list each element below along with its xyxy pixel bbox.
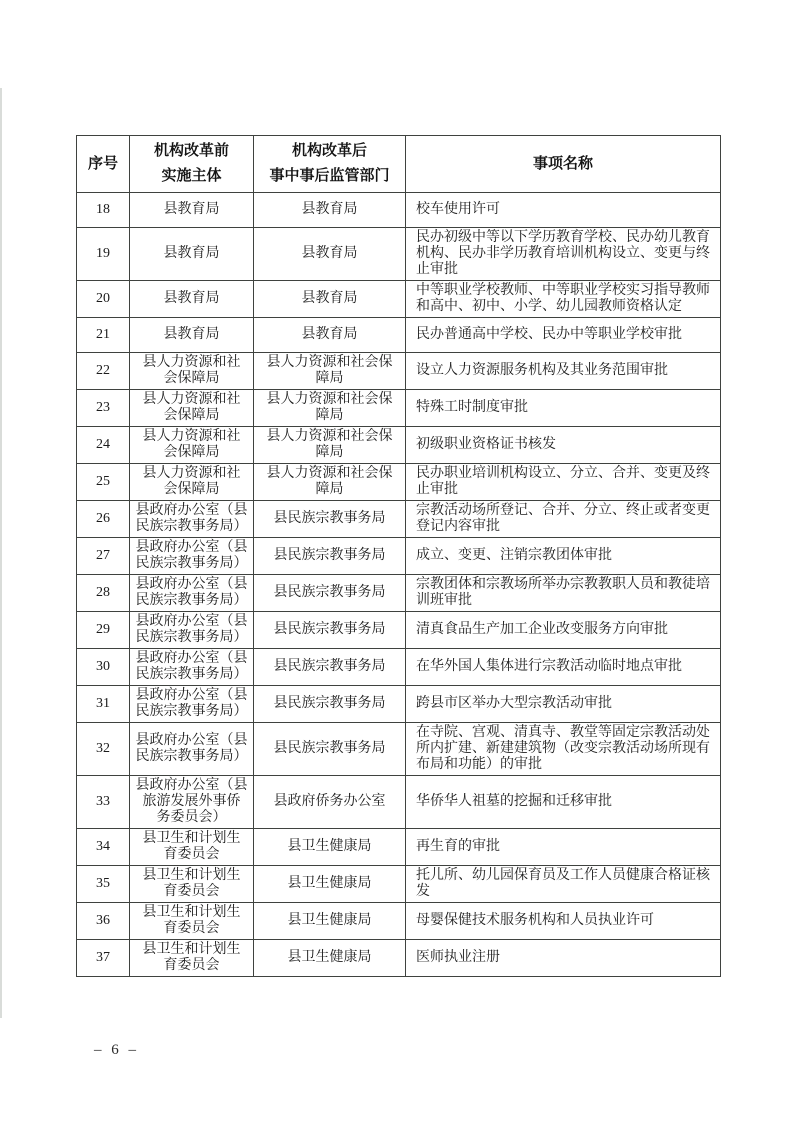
cell-item: 在华外国人集体进行宗教活动临时地点审批 [406, 649, 721, 686]
table-row: 21县教育局县教育局民办普通高中学校、民办中等职业学校审批 [77, 318, 721, 353]
cell-after: 县教育局 [254, 228, 406, 281]
cell-no: 34 [77, 829, 130, 866]
document-page: 序号 机构改革前 实施主体 机构改革后 事中事后监管部门 事项名称 18县教育局… [0, 0, 793, 1121]
cell-before: 县卫生和计划生 育委员会 [130, 829, 254, 866]
cell-no: 27 [77, 538, 130, 575]
cell-item: 医师执业注册 [406, 940, 721, 977]
column-header-before-reform: 机构改革前 实施主体 [130, 136, 254, 193]
cell-no: 33 [77, 776, 130, 829]
cell-item: 母婴保健技术服务机构和人员执业许可 [406, 903, 721, 940]
approval-items-table: 序号 机构改革前 实施主体 机构改革后 事中事后监管部门 事项名称 18县教育局… [76, 135, 721, 977]
table-row: 30县政府办公室（县 民族宗教事务局）县民族宗教事务局在华外国人集体进行宗教活动… [77, 649, 721, 686]
cell-no: 18 [77, 193, 130, 228]
cell-before: 县人力资源和社 会保障局 [130, 353, 254, 390]
cell-before: 县卫生和计划生 育委员会 [130, 903, 254, 940]
table-row: 27县政府办公室（县 民族宗教事务局）县民族宗教事务局成立、变更、注销宗教团体审… [77, 538, 721, 575]
cell-no: 31 [77, 686, 130, 723]
cell-after: 县民族宗教事务局 [254, 538, 406, 575]
cell-no: 20 [77, 281, 130, 318]
column-header-item-name: 事项名称 [406, 136, 721, 193]
cell-no: 26 [77, 501, 130, 538]
cell-item: 特殊工时制度审批 [406, 390, 721, 427]
cell-after: 县人力资源和社会保 障局 [254, 427, 406, 464]
cell-after: 县民族宗教事务局 [254, 575, 406, 612]
cell-item: 清真食品生产加工企业改变服务方向审批 [406, 612, 721, 649]
cell-before: 县政府办公室（县 民族宗教事务局） [130, 686, 254, 723]
cell-no: 24 [77, 427, 130, 464]
cell-after: 县教育局 [254, 318, 406, 353]
cell-item: 设立人力资源服务机构及其业务范围审批 [406, 353, 721, 390]
cell-item: 再生育的审批 [406, 829, 721, 866]
cell-no: 25 [77, 464, 130, 501]
cell-item: 宗教活动场所登记、合并、分立、终止或者变更 登记内容审批 [406, 501, 721, 538]
table-body: 18县教育局县教育局校车使用许可19县教育局县教育局民办初级中等以下学历教育学校… [77, 193, 721, 977]
cell-no: 35 [77, 866, 130, 903]
cell-after: 县政府侨务办公室 [254, 776, 406, 829]
cell-after: 县民族宗教事务局 [254, 686, 406, 723]
cell-after: 县人力资源和社会保 障局 [254, 390, 406, 427]
cell-after: 县民族宗教事务局 [254, 723, 406, 776]
table-row: 35县卫生和计划生 育委员会县卫生健康局托儿所、幼儿园保育员及工作人员健康合格证… [77, 866, 721, 903]
table-row: 32县政府办公室（县 民族宗教事务局）县民族宗教事务局在寺院、宫观、清真寺、教堂… [77, 723, 721, 776]
cell-item: 托儿所、幼儿园保育员及工作人员健康合格证核 发 [406, 866, 721, 903]
cell-after: 县人力资源和社会保 障局 [254, 353, 406, 390]
cell-before: 县卫生和计划生 育委员会 [130, 940, 254, 977]
cell-no: 37 [77, 940, 130, 977]
cell-after: 县卫生健康局 [254, 866, 406, 903]
cell-before: 县政府办公室（县 民族宗教事务局） [130, 723, 254, 776]
table-row: 37县卫生和计划生 育委员会县卫生健康局医师执业注册 [77, 940, 721, 977]
scan-edge-artifact [0, 88, 2, 1018]
table-row: 18县教育局县教育局校车使用许可 [77, 193, 721, 228]
table-row: 26县政府办公室（县 民族宗教事务局）县民族宗教事务局宗教活动场所登记、合并、分… [77, 501, 721, 538]
cell-no: 22 [77, 353, 130, 390]
cell-after: 县卫生健康局 [254, 903, 406, 940]
column-header-no: 序号 [77, 136, 130, 193]
table-row: 20县教育局县教育局中等职业学校教师、中等职业学校实习指导教师 和高中、初中、小… [77, 281, 721, 318]
cell-after: 县民族宗教事务局 [254, 501, 406, 538]
cell-after: 县教育局 [254, 281, 406, 318]
cell-item: 民办初级中等以下学历教育学校、民办幼儿教育 机构、民办非学历教育培训机构设立、变… [406, 228, 721, 281]
cell-no: 29 [77, 612, 130, 649]
cell-item: 中等职业学校教师、中等职业学校实习指导教师 和高中、初中、小学、幼儿园教师资格认… [406, 281, 721, 318]
cell-before: 县教育局 [130, 228, 254, 281]
page-number: – 6 – [94, 1042, 139, 1059]
table-row: 19县教育局县教育局民办初级中等以下学历教育学校、民办幼儿教育 机构、民办非学历… [77, 228, 721, 281]
table-row: 36县卫生和计划生 育委员会县卫生健康局母婴保健技术服务机构和人员执业许可 [77, 903, 721, 940]
table-row: 25县人力资源和社 会保障局县人力资源和社会保 障局民办职业培训机构设立、分立、… [77, 464, 721, 501]
cell-before: 县卫生和计划生 育委员会 [130, 866, 254, 903]
cell-before: 县人力资源和社 会保障局 [130, 390, 254, 427]
cell-no: 36 [77, 903, 130, 940]
cell-item: 华侨华人祖墓的挖掘和迁移审批 [406, 776, 721, 829]
cell-after: 县民族宗教事务局 [254, 649, 406, 686]
cell-item: 校车使用许可 [406, 193, 721, 228]
cell-item: 民办普通高中学校、民办中等职业学校审批 [406, 318, 721, 353]
cell-before: 县教育局 [130, 281, 254, 318]
table-row: 31县政府办公室（县 民族宗教事务局）县民族宗教事务局跨县市区举办大型宗教活动审… [77, 686, 721, 723]
cell-no: 23 [77, 390, 130, 427]
table-row: 23县人力资源和社 会保障局县人力资源和社会保 障局特殊工时制度审批 [77, 390, 721, 427]
cell-before: 县政府办公室（县 民族宗教事务局） [130, 538, 254, 575]
cell-no: 19 [77, 228, 130, 281]
cell-item: 民办职业培训机构设立、分立、合并、变更及终 止审批 [406, 464, 721, 501]
cell-before: 县政府办公室（县 旅游发展外事侨 务委员会） [130, 776, 254, 829]
cell-before: 县教育局 [130, 318, 254, 353]
table-row: 33县政府办公室（县 旅游发展外事侨 务委员会）县政府侨务办公室华侨华人祖墓的挖… [77, 776, 721, 829]
cell-item: 跨县市区举办大型宗教活动审批 [406, 686, 721, 723]
table-row: 22县人力资源和社 会保障局县人力资源和社会保 障局设立人力资源服务机构及其业务… [77, 353, 721, 390]
cell-after: 县民族宗教事务局 [254, 612, 406, 649]
cell-after: 县人力资源和社会保 障局 [254, 464, 406, 501]
table-row: 34县卫生和计划生 育委员会县卫生健康局再生育的审批 [77, 829, 721, 866]
cell-after: 县卫生健康局 [254, 829, 406, 866]
table-row: 29县政府办公室（县 民族宗教事务局）县民族宗教事务局清真食品生产加工企业改变服… [77, 612, 721, 649]
cell-no: 30 [77, 649, 130, 686]
cell-no: 28 [77, 575, 130, 612]
cell-after: 县卫生健康局 [254, 940, 406, 977]
table-header-row: 序号 机构改革前 实施主体 机构改革后 事中事后监管部门 事项名称 [77, 136, 721, 193]
cell-before: 县政府办公室（县 民族宗教事务局） [130, 575, 254, 612]
cell-before: 县人力资源和社 会保障局 [130, 464, 254, 501]
cell-item: 宗教团体和宗教场所举办宗教教职人员和教徒培 训班审批 [406, 575, 721, 612]
cell-item: 初级职业资格证书核发 [406, 427, 721, 464]
table-row: 28县政府办公室（县 民族宗教事务局）县民族宗教事务局宗教团体和宗教场所举办宗教… [77, 575, 721, 612]
cell-no: 21 [77, 318, 130, 353]
cell-item: 在寺院、宫观、清真寺、教堂等固定宗教活动处 所内扩建、新建建筑物（改变宗教活动场… [406, 723, 721, 776]
column-header-after-reform: 机构改革后 事中事后监管部门 [254, 136, 406, 193]
cell-before: 县人力资源和社 会保障局 [130, 427, 254, 464]
table-row: 24县人力资源和社 会保障局县人力资源和社会保 障局初级职业资格证书核发 [77, 427, 721, 464]
cell-no: 32 [77, 723, 130, 776]
cell-before: 县政府办公室（县 民族宗教事务局） [130, 612, 254, 649]
cell-before: 县教育局 [130, 193, 254, 228]
cell-item: 成立、变更、注销宗教团体审批 [406, 538, 721, 575]
cell-before: 县政府办公室（县 民族宗教事务局） [130, 501, 254, 538]
cell-before: 县政府办公室（县 民族宗教事务局） [130, 649, 254, 686]
cell-after: 县教育局 [254, 193, 406, 228]
